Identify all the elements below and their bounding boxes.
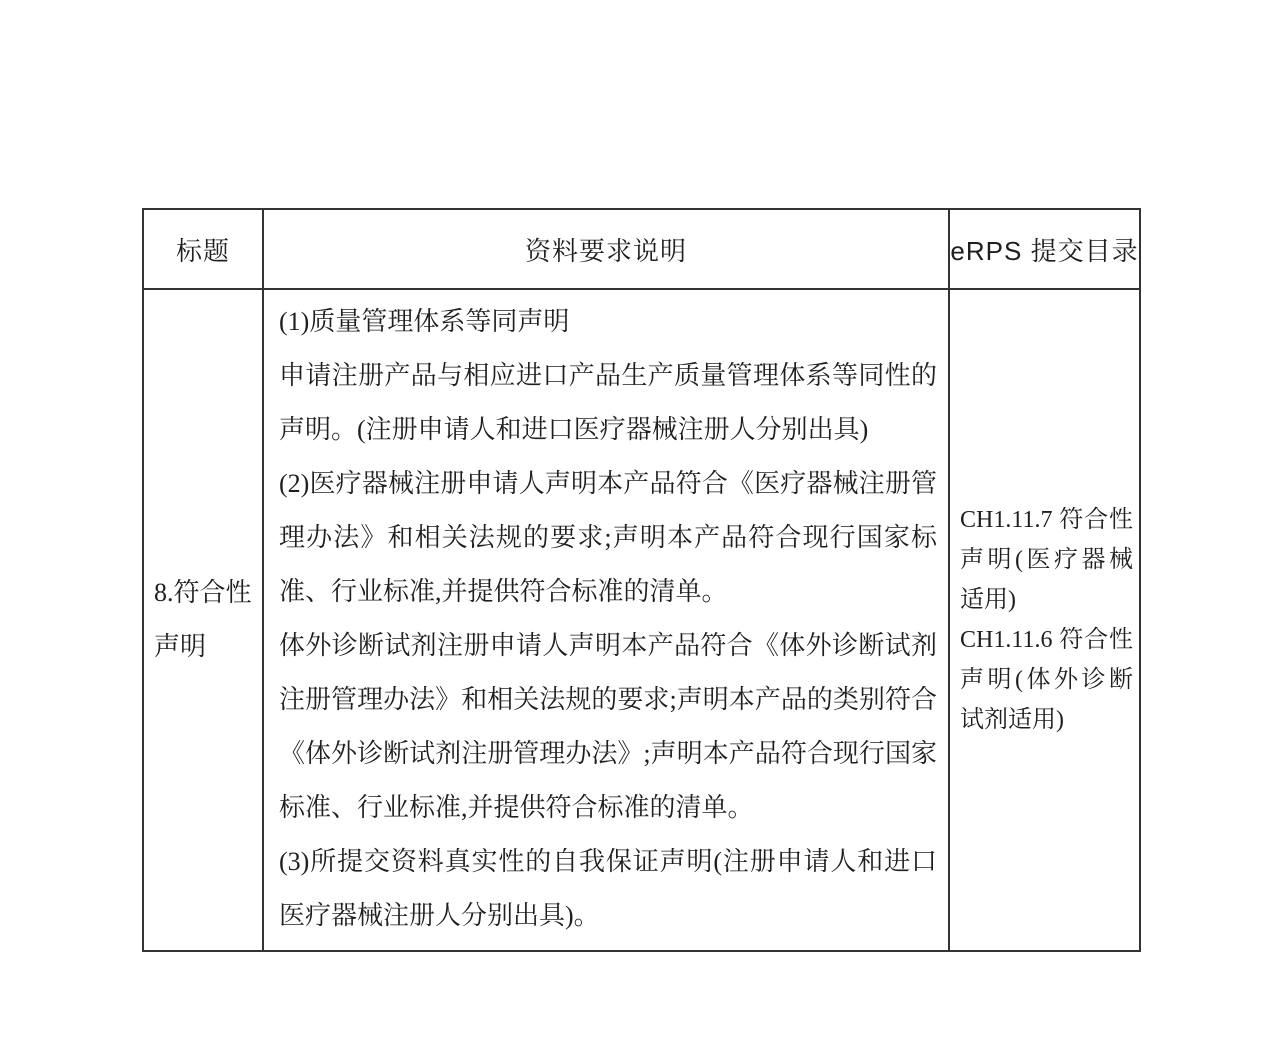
requirement-paragraph: (2)医疗器械注册申请人声明本产品符合《医疗器械注册管理办法》和相关法规的要求;… [279,457,937,619]
header-cell-title: 标题 [144,210,264,290]
header-label-erps-directory: eRPS 提交目录 [950,231,1138,268]
requirement-paragraph: (1)质量管理体系等同声明 [279,295,937,349]
row-title-cell: 8.符合性声明 [144,290,264,950]
erps-entry: CH1.11.6 符合性声明(体外诊断试剂适用) [960,620,1133,740]
requirement-paragraph: 体外诊断试剂注册申请人声明本产品符合《体外诊断试剂注册管理办法》和相关法规的要求… [279,619,937,835]
row-requirements-cell: (1)质量管理体系等同声明 申请注册产品与相应进口产品生产质量管理体系等同性的声… [264,290,950,950]
header-cell-requirements: 资料要求说明 [264,210,950,290]
requirement-paragraph: (3)所提交资料真实性的自我保证声明(注册申请人和进口医疗器械注册人分别出具)。 [279,835,937,943]
row-erps-cell: CH1.11.7 符合性声明(医疗器械适用) CH1.11.6 符合性声明(体外… [950,290,1139,950]
erps-entry: CH1.11.7 符合性声明(医疗器械适用) [960,500,1133,620]
header-label-title: 标题 [176,231,230,268]
header-cell-erps-directory: eRPS 提交目录 [950,210,1139,290]
header-label-requirements: 资料要求说明 [525,231,687,268]
requirement-paragraph: 申请注册产品与相应进口产品生产质量管理体系等同性的声明。(注册申请人和进口医疗器… [279,349,937,457]
requirements-table: 标题 资料要求说明 eRPS 提交目录 8.符合性声明 (1)质量管理体系等同声… [142,208,1141,952]
row-title-text: 8.符合性声明 [154,566,258,674]
